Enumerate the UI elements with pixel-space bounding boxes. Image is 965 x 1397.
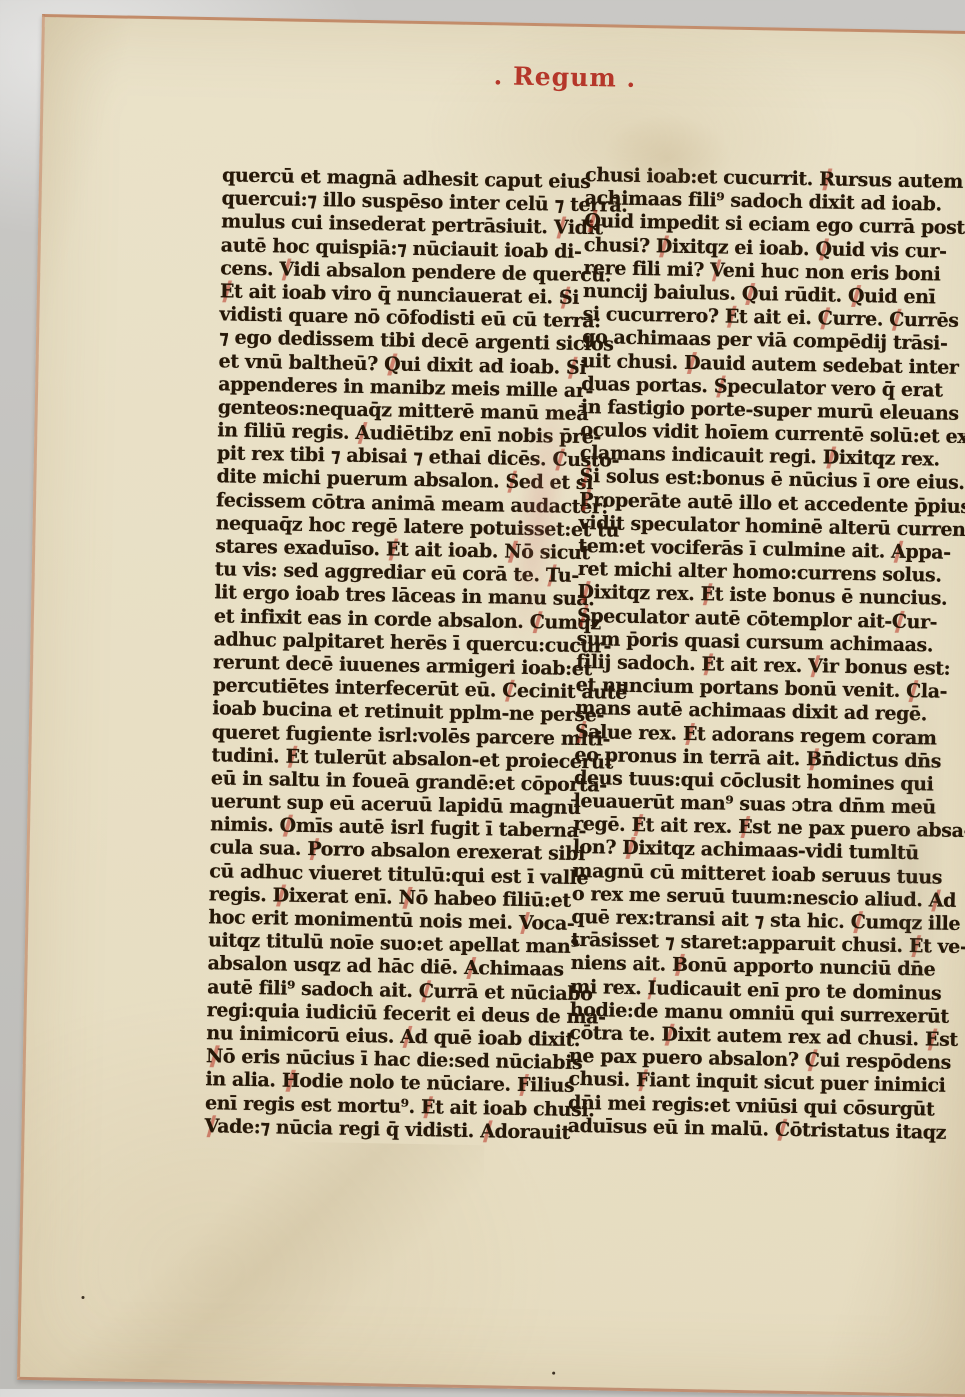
parchment-stain: [50, 1137, 484, 1385]
ink-speck: [560, 295, 563, 298]
text-line: Vade:⁊ nūcia regi q̄ vidisti. Adorauit: [204, 1115, 501, 1144]
text-column-left: quercū et magnā adhesit caput eiusquercu…: [204, 164, 519, 1143]
running-title: . Regum .: [415, 60, 715, 94]
text-column-right: chusi ioab:et cucurrit. Rursus autemachi…: [567, 164, 882, 1143]
text-line: aduīsus eū in malū. Cōtristatus itaqz: [567, 1115, 864, 1144]
ink-speck: [552, 1372, 555, 1375]
ink-speck: [81, 1296, 84, 1299]
manuscript-page: . Regum . quercū et magnā adhesit caput …: [17, 14, 965, 1389]
